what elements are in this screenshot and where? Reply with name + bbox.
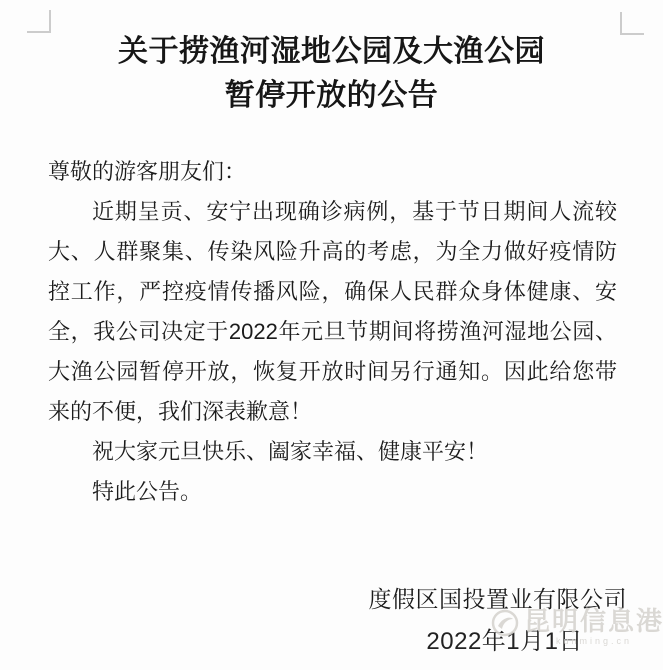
signature-company: 度假区国投置业有限公司 xyxy=(369,584,628,614)
body-line: 控工作，严控疫情传播风险，确保人民群众身体健康、安 xyxy=(48,272,617,312)
notice-title: 关于捞渔河湿地公园及大渔公园 暂停开放的公告 xyxy=(0,30,663,118)
salutation-line: 尊敬的游客朋友们： xyxy=(48,152,617,192)
greeting-line: 祝大家元旦快乐、阖家幸福、健康平安！ xyxy=(48,432,617,472)
signature-date: 2022年1月1日 xyxy=(426,626,583,658)
notice-title-line-1: 关于捞渔河湿地公园及大渔公园 xyxy=(0,30,663,74)
notice-body: 尊敬的游客朋友们： 近期呈贡、安宁出现确诊病例，基于节日期间人流较 大、人群聚集… xyxy=(48,152,617,512)
body-line: 来的不便，我们深表歉意！ xyxy=(48,392,617,432)
body-line: 近期呈贡、安宁出现确诊病例，基于节日期间人流较 xyxy=(48,192,617,232)
closing-line: 特此公告。 xyxy=(48,472,617,512)
notice-title-line-2: 暂停开放的公告 xyxy=(0,74,663,118)
body-line: 大渔公园暂停开放，恢复开放时间另行通知。因此给您带 xyxy=(48,352,617,392)
notice-document: 关于捞渔河湿地公园及大渔公园 暂停开放的公告 尊敬的游客朋友们： 近期呈贡、安宁… xyxy=(0,0,663,670)
body-line: 全，我公司决定于2022年元旦节期间将捞渔河湿地公园、 xyxy=(48,312,617,352)
body-line: 大、人群聚集、传染风险升高的考虑，为全力做好疫情防 xyxy=(48,232,617,272)
